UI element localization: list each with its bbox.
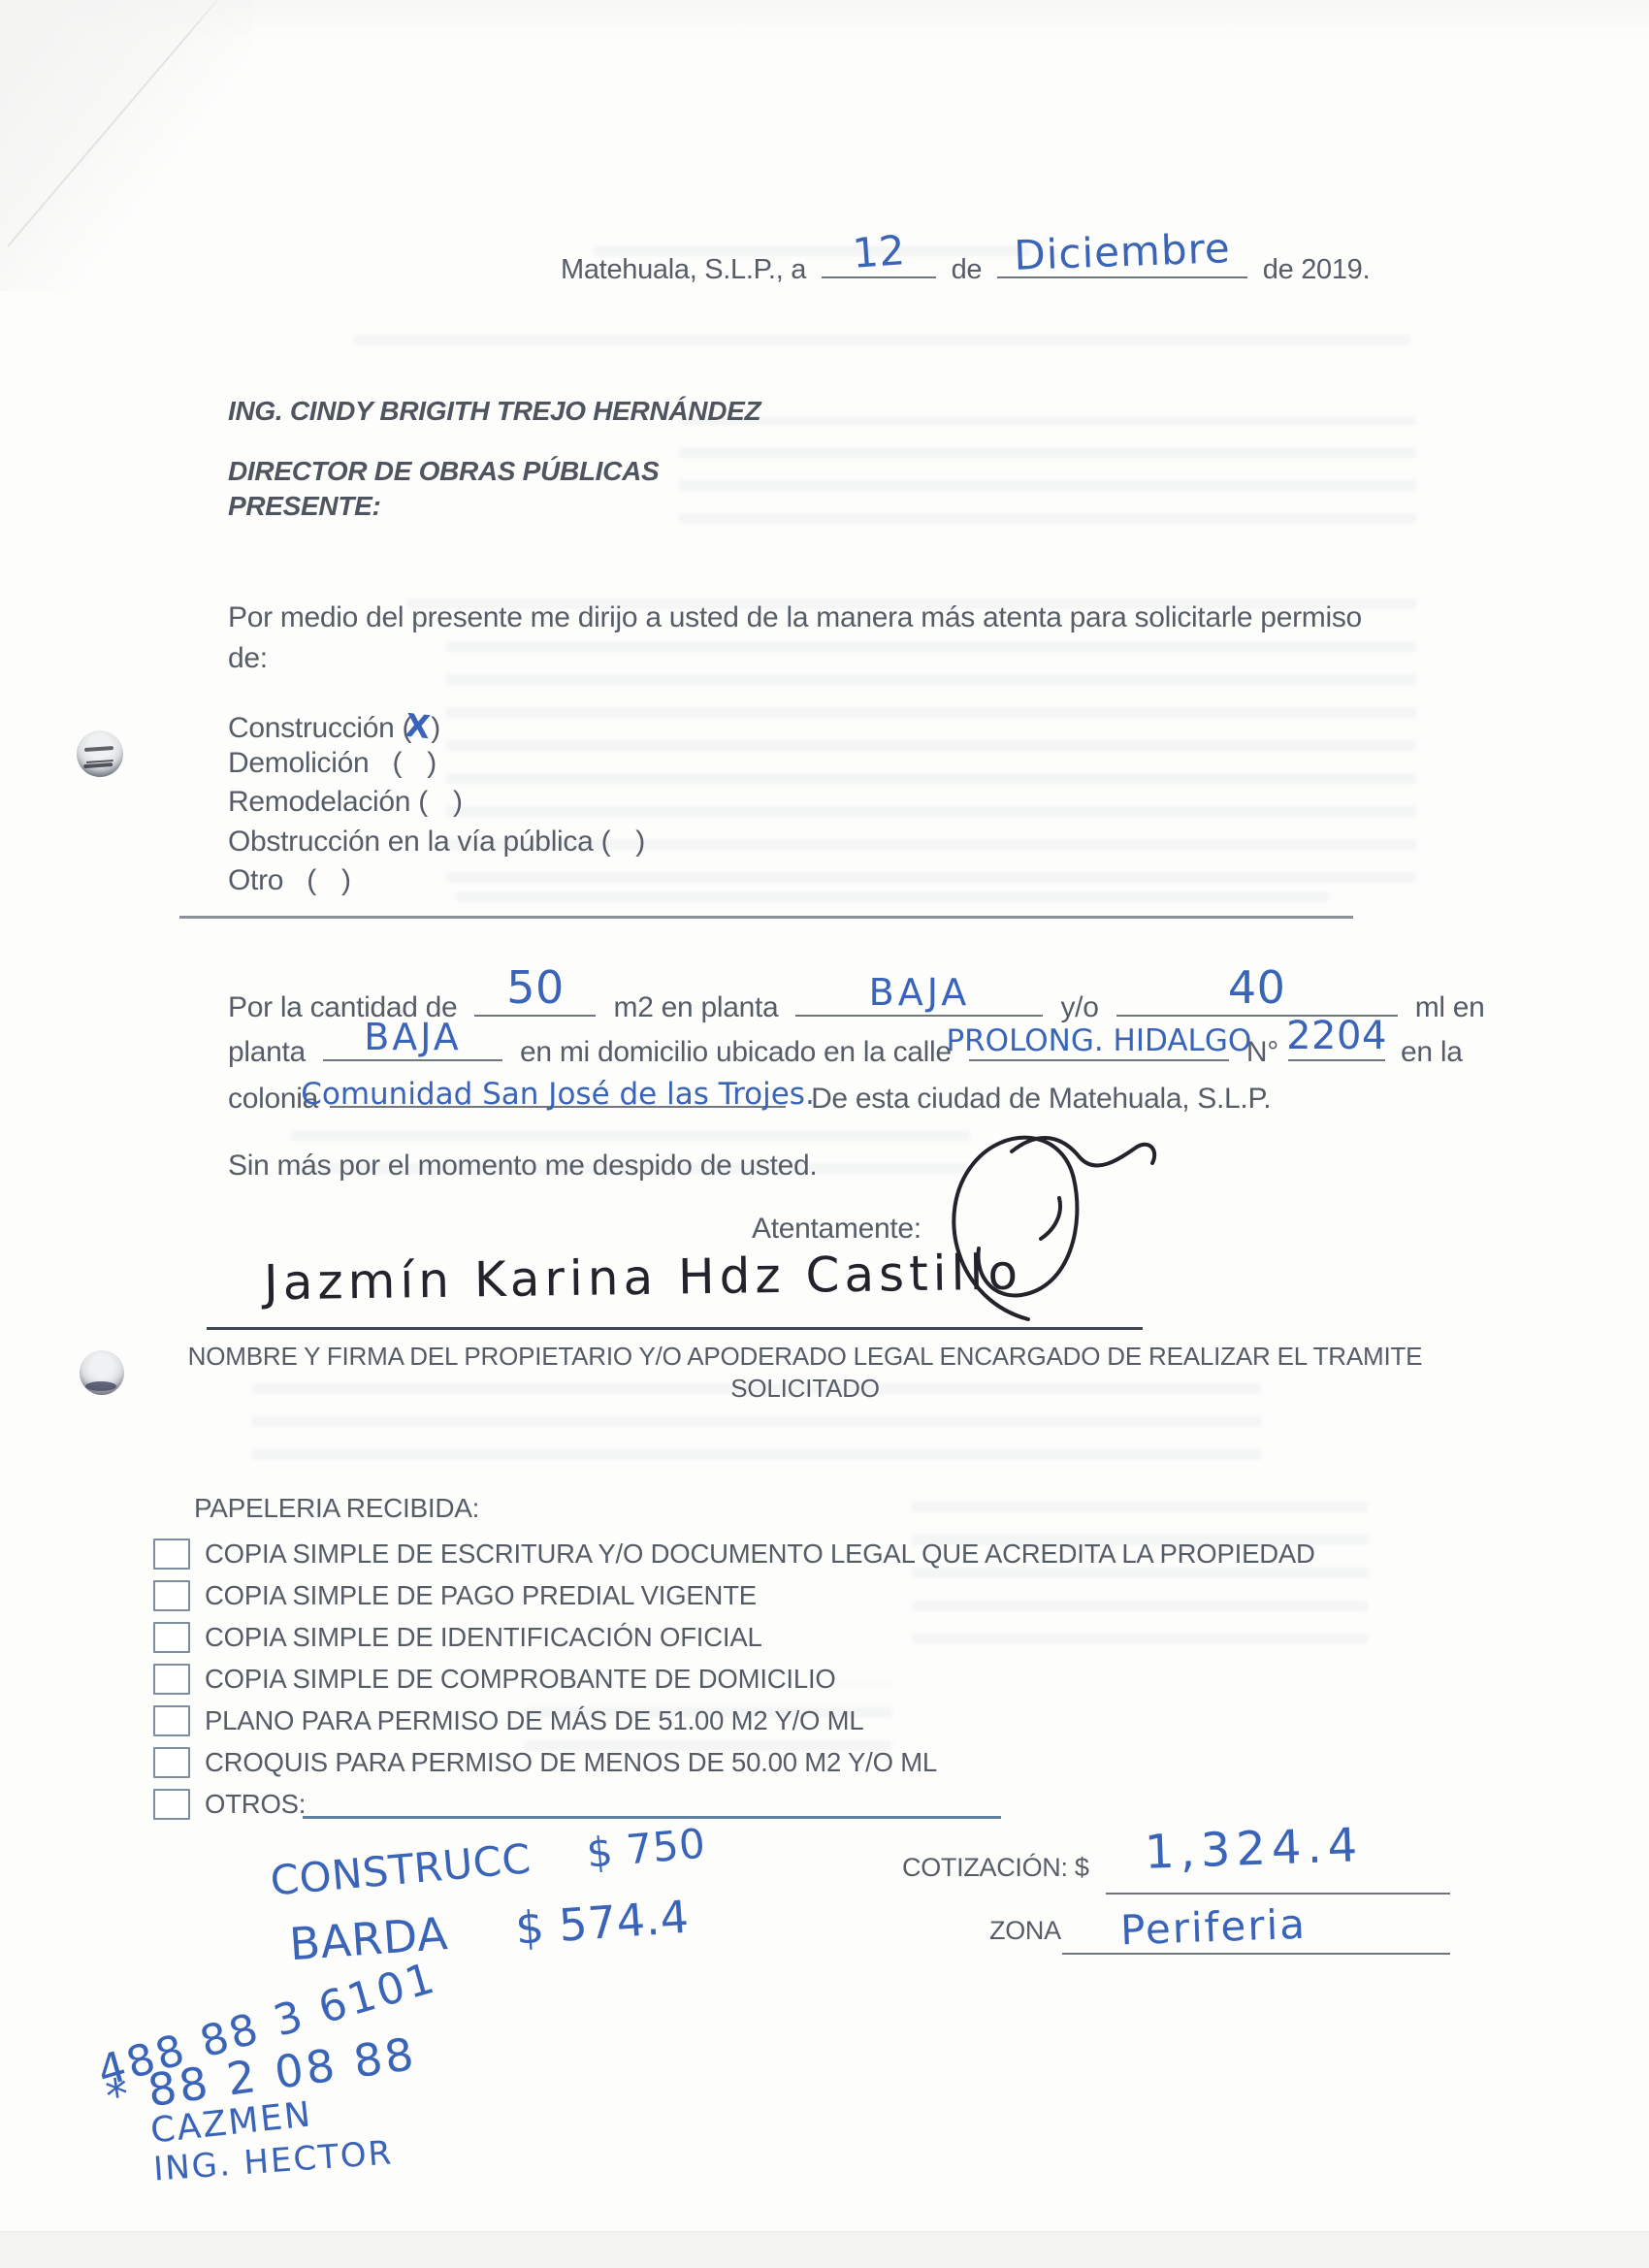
papeleria-item: COPIA SIMPLE DE COMPROBANTE DE DOMICILIO bbox=[153, 1663, 836, 1696]
recipient-salutation: PRESENTE: bbox=[228, 491, 381, 522]
date-day-blank: 12 bbox=[822, 267, 936, 278]
otros-underline bbox=[303, 1816, 1001, 1819]
permit-option-remodelacion: Remodelación () bbox=[228, 786, 463, 819]
signature-caption: NOMBRE Y FIRMA DEL PROPIETARIO Y/O APODE… bbox=[155, 1341, 1455, 1405]
page-fold bbox=[0, 0, 252, 291]
checkbox bbox=[153, 1622, 190, 1653]
closing-line: Sin más por el momento me despido de ust… bbox=[228, 1150, 817, 1183]
bleedthrough-ghost bbox=[594, 233, 1030, 256]
intro-line-1: Por medio del presente me dirijo a usted… bbox=[228, 601, 1362, 634]
recipient-title: DIRECTOR DE OBRAS PÚBLICAS bbox=[228, 456, 659, 487]
hole-punch bbox=[80, 1350, 124, 1395]
permit-option-obstruccion: Obstrucción en la vía pública () bbox=[228, 826, 645, 859]
scanned-form-page: Matehuala, S.L.P., a 12 de Diciembre de … bbox=[0, 0, 1649, 2268]
permit-mark-x: X bbox=[404, 706, 433, 747]
cotizacion-value-handwritten: 1,324.4 bbox=[1144, 1818, 1364, 1880]
date-month-blank: Diciembre bbox=[997, 267, 1247, 278]
checkbox bbox=[153, 1789, 190, 1820]
checkbox bbox=[153, 1539, 190, 1570]
date-year-label: de 2019. bbox=[1263, 254, 1371, 285]
blank-planta-2: BAJA bbox=[323, 1050, 502, 1061]
bleedthrough-ghost bbox=[912, 1499, 1368, 1644]
note-barda: BARDA$ 574.4 bbox=[288, 1891, 691, 1971]
note-construcc: CONSTRUCC$ 750 bbox=[269, 1819, 708, 1904]
papeleria-item: CROQUIS PARA PERMISO DE MENOS DE 50.00 M… bbox=[153, 1746, 937, 1779]
hole-punch bbox=[77, 730, 123, 777]
date-de-label: de bbox=[952, 254, 983, 285]
caption-line-1: NOMBRE Y FIRMA DEL PROPIETARIO Y/O APODE… bbox=[155, 1341, 1455, 1373]
scan-bottom-edge bbox=[0, 2231, 1649, 2268]
zona-label: ZONA bbox=[989, 1916, 1061, 1946]
signature-underline bbox=[207, 1327, 1143, 1330]
quantity-line-3: colonia Comunidad San José de las Trojes… bbox=[228, 1083, 1271, 1116]
date-line: Matehuala, S.L.P., a 12 de Diciembre de … bbox=[561, 254, 1370, 286]
blank-numero: 2204 bbox=[1288, 1050, 1385, 1061]
cotizacion-label: COTIZACIÓN: $ bbox=[902, 1853, 1089, 1883]
checkbox bbox=[153, 1664, 190, 1695]
papeleria-item: PLANO PARA PERMISO DE MÁS DE 51.00 M2 Y/… bbox=[153, 1704, 863, 1737]
permit-option-construccion: Construcción (X) bbox=[228, 707, 440, 745]
recipient-name: ING. CINDY BRIGITH TREJO HERNÁNDEZ bbox=[228, 396, 760, 427]
papeleria-item: COPIA SIMPLE DE PAGO PREDIAL VIGENTE bbox=[153, 1579, 757, 1612]
horizontal-rule bbox=[179, 916, 1353, 919]
signatory-name-handwritten: Jazmín Karina Hdz Castillo bbox=[264, 1245, 1023, 1312]
atentamente-label: Atentamente: bbox=[752, 1213, 921, 1246]
caption-line-2: SOLICITADO bbox=[155, 1373, 1455, 1405]
date-month-handwritten: Diciembre bbox=[1014, 224, 1232, 279]
checkbox bbox=[153, 1747, 190, 1778]
checkbox bbox=[153, 1580, 190, 1611]
bleedthrough-ghost bbox=[354, 320, 1411, 345]
page-top-shade bbox=[0, 0, 1649, 39]
papeleria-item: COPIA SIMPLE DE IDENTIFICACIÓN OFICIAL bbox=[153, 1621, 762, 1654]
checkbox bbox=[153, 1705, 190, 1736]
blank-m2: 50 bbox=[474, 1005, 596, 1017]
permit-option-otro: Otro () bbox=[228, 864, 351, 897]
blank-colonia: Comunidad San José de las Trojes. bbox=[330, 1096, 786, 1108]
quantity-line-2: planta BAJA en mi domicilio ubicado en l… bbox=[228, 1036, 1463, 1069]
bleedthrough-ghost bbox=[456, 881, 1329, 902]
zona-value-handwritten: Periferia bbox=[1119, 1900, 1307, 1955]
papeleria-item: COPIA SIMPLE DE ESCRITURA Y/O DOCUMENTO … bbox=[153, 1538, 1315, 1571]
intro-line-2: de: bbox=[228, 642, 268, 675]
blank-calle: PROLONG. HIDALGO bbox=[969, 1050, 1229, 1061]
papeleria-item-otros: OTROS: bbox=[153, 1788, 306, 1821]
date-city-label: Matehuala, S.L.P., a bbox=[561, 254, 806, 285]
papeleria-heading: PAPELERIA RECIBIDA: bbox=[194, 1493, 479, 1524]
bleedthrough-ghost bbox=[679, 417, 1416, 524]
blank-planta-1: BAJA bbox=[795, 1005, 1043, 1017]
cotizacion-underline bbox=[1106, 1893, 1450, 1895]
date-day-handwritten: 12 bbox=[851, 226, 907, 277]
permit-option-demolicion: Demolición () bbox=[228, 747, 436, 780]
